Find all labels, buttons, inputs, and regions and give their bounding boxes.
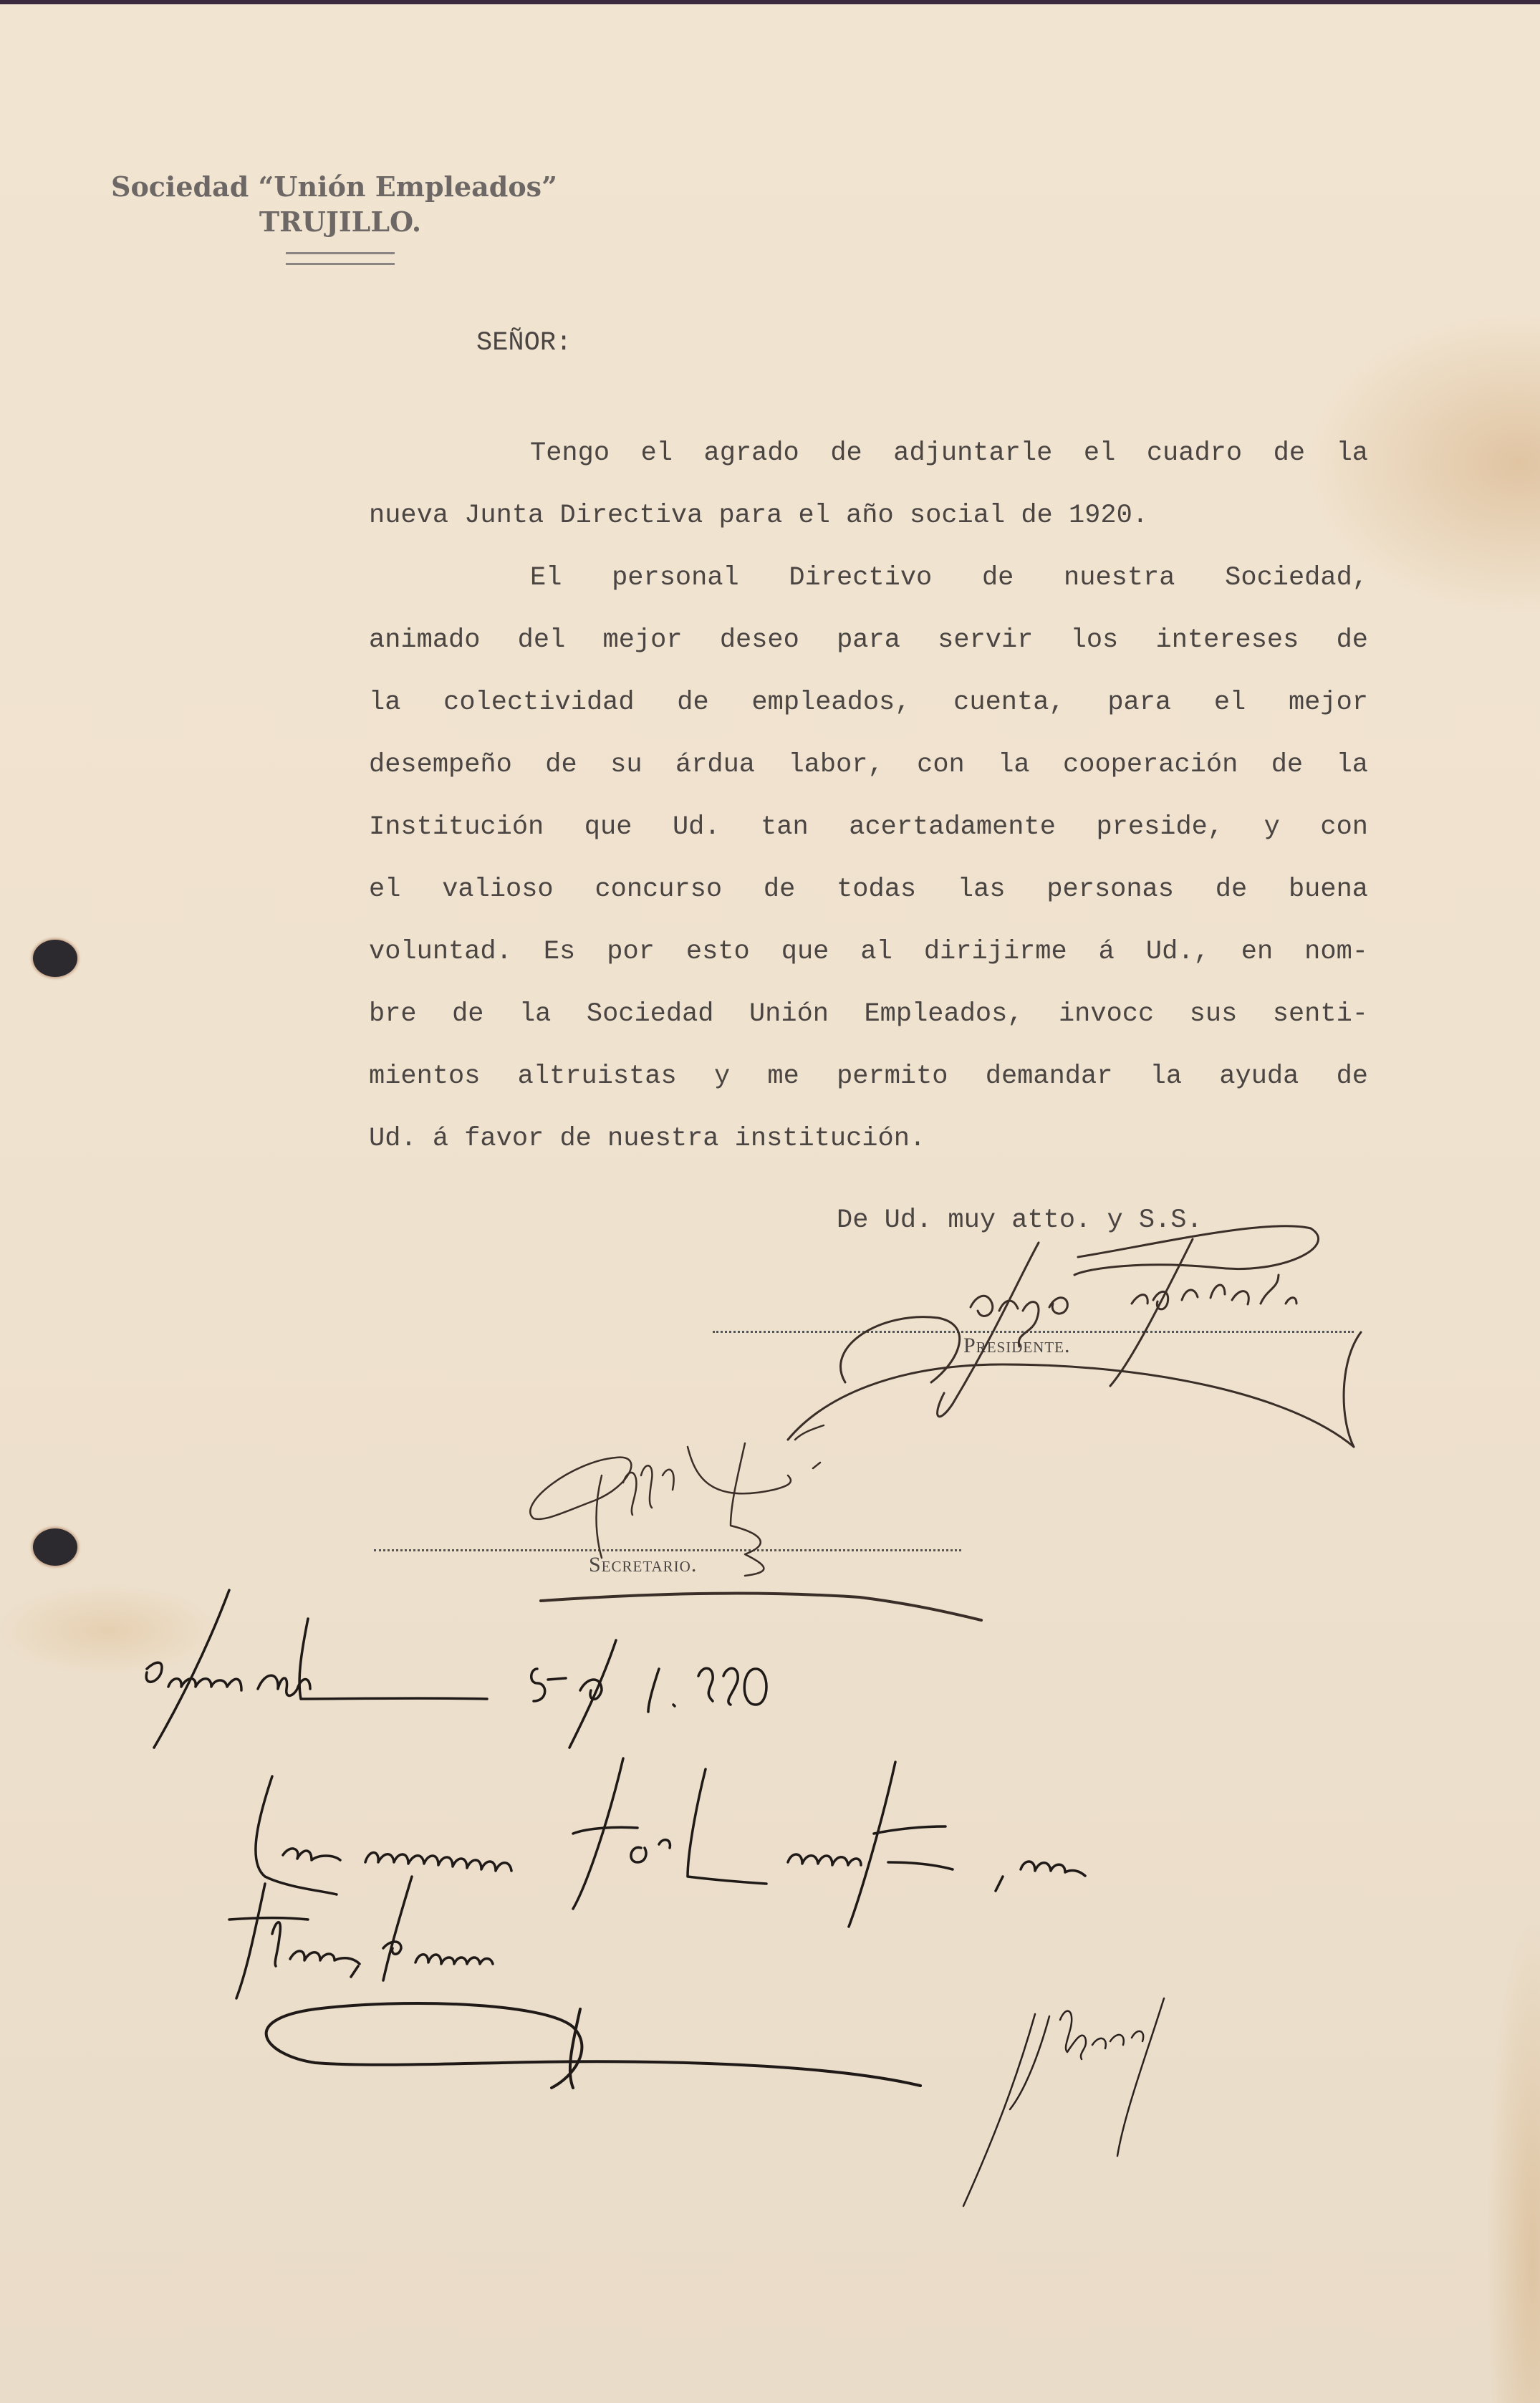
punch-hole-lower — [33, 1528, 77, 1566]
annotation-line-2: testese, al archivo — [236, 1934, 302, 1942]
body-line: la colectividad de empleados, cuenta, pa… — [369, 672, 1368, 734]
body-line: voluntad. Es por esto que al dirijirme á… — [369, 921, 1368, 983]
secretary-signature-text: (rúbrica) — [587, 1490, 620, 1498]
letterhead-city: TRUJILLO. — [111, 206, 569, 238]
body-line: mientos altruistas y me permito demandar… — [369, 1046, 1368, 1108]
body-line: Ud. á favor de nuestra institución. — [369, 1108, 1368, 1170]
body-line: animado del mejor deseo para servir los … — [369, 610, 1368, 672]
body-line: Institución que Ud. tan acertadamente pr… — [369, 796, 1368, 859]
president-label: Presidente. — [963, 1334, 1071, 1358]
annotation-line-1: Con conocimiento del comité, con — [258, 1805, 381, 1813]
body-line: bre de la Sociedad Unión Empleados, invo… — [369, 983, 1368, 1046]
body-line: nueva Junta Directiva para el año social… — [369, 485, 1368, 547]
letterhead: Sociedad “Unión Empleados” TRUJILLO. — [111, 170, 569, 265]
annotation-signature-text: J. Rosay — [988, 2063, 1017, 2071]
president-signature-line — [713, 1331, 1354, 1333]
letter-paper — [0, 4, 1540, 2403]
secretary-signature-line — [374, 1549, 961, 1551]
closing-formula: De Ud. muy atto. y S.S. — [837, 1205, 1203, 1236]
body-line: Tengo el agrado de adjuntarle el cuadro … — [369, 423, 1368, 485]
secretary-label: Secretario. — [589, 1553, 697, 1577]
body-line: el valioso concurso de todas las persona… — [369, 859, 1368, 921]
letterhead-double-rule — [286, 252, 395, 265]
annotation-date: Lima abril 5 of. 1.920 — [93, 1647, 171, 1655]
salutation: SEÑOR: — [476, 328, 572, 358]
body-line: desempeño de su árdua labor, con la coop… — [369, 734, 1368, 796]
letter-body: Tengo el agrado de adjuntarle el cuadro … — [369, 423, 1368, 1170]
punch-hole-upper — [33, 940, 77, 977]
letterhead-organization: Sociedad “Unión Empleados” — [111, 170, 569, 203]
body-line: El personal Directivo de nuestra Socieda… — [369, 547, 1368, 610]
president-signature-text: Jorge Puertas — [931, 1275, 981, 1283]
